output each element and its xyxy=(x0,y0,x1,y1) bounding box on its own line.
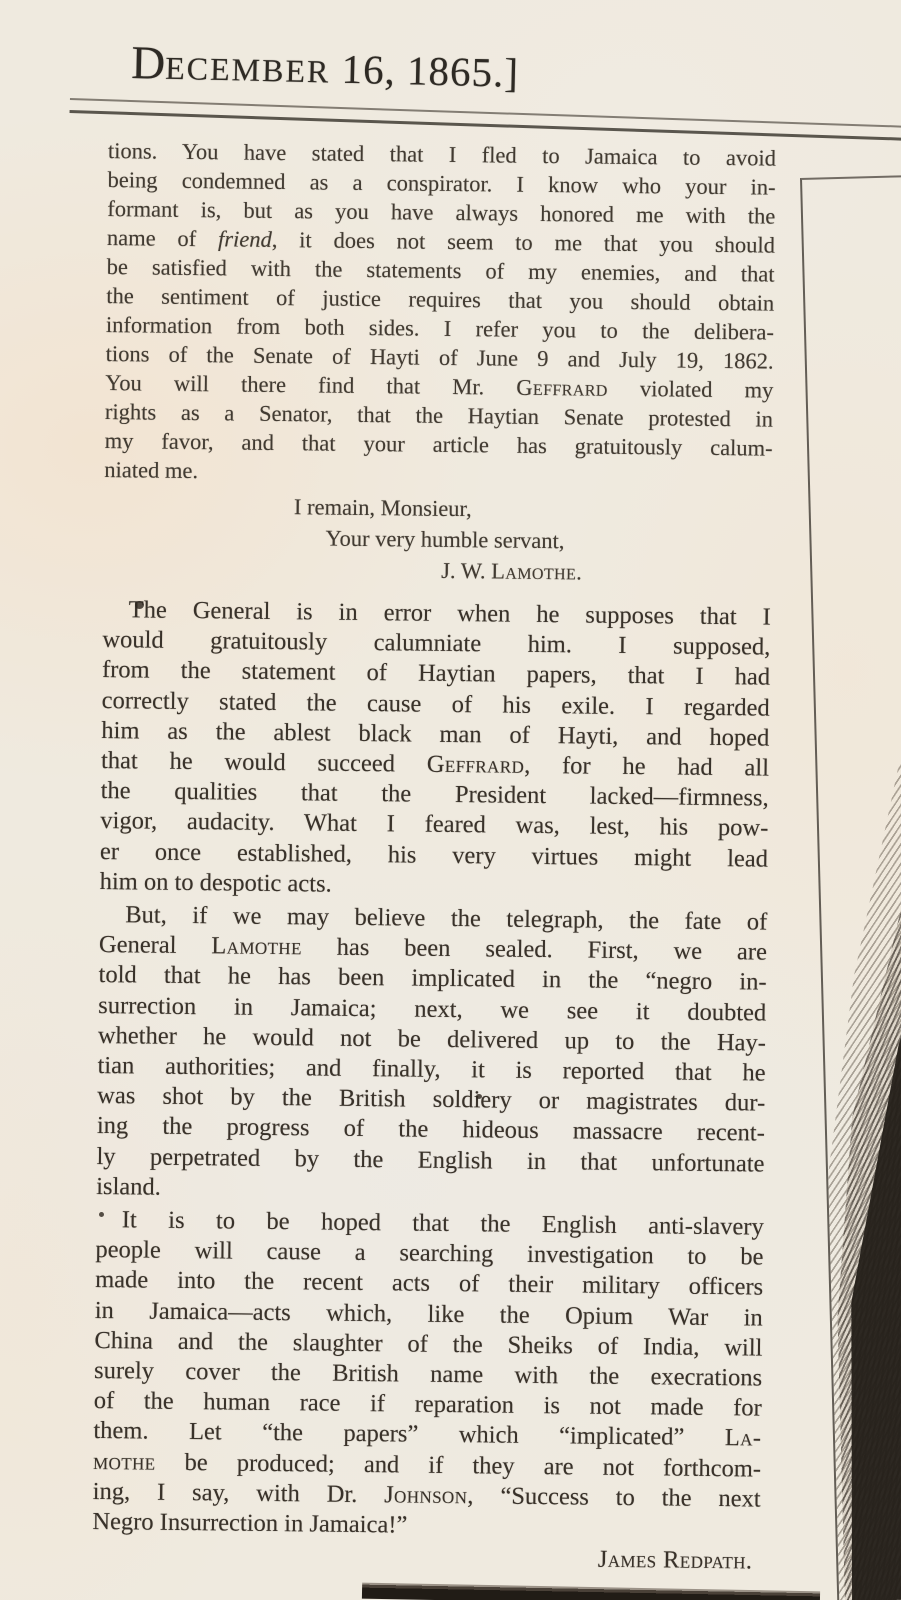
text-segment: , for he had all xyxy=(524,752,769,782)
text-segment: Your very humble servant, xyxy=(325,526,564,554)
text-column: tions. You have stated that I fled to Ja… xyxy=(92,136,776,1577)
text-segment: , “Success to the next xyxy=(467,1482,761,1512)
text-segment: You will there find that Mr. xyxy=(105,370,516,400)
text-segment: But, if we may believe the telegraph, th… xyxy=(125,901,767,935)
author-signature: James Redpath. xyxy=(92,1539,760,1577)
text-segment: niated me. xyxy=(104,457,198,483)
text-segment: ing the progress of the hideous massacre… xyxy=(97,1112,765,1147)
text-segment: violated my xyxy=(608,376,774,403)
text-segment: I remain, Monsieur, xyxy=(294,494,472,521)
text-segment: J. W. xyxy=(441,558,491,584)
letter-closing-line: Your very humble servant, xyxy=(325,523,771,559)
text-segment: General xyxy=(99,931,212,959)
ink-speck xyxy=(135,601,144,609)
smallcaps-name: La- xyxy=(725,1425,762,1452)
text-segment: It is to be hoped that the English anti-… xyxy=(122,1206,764,1240)
text-segment: er once established, his very virtues mi… xyxy=(100,838,768,873)
smallcaps-name: mothe xyxy=(93,1448,156,1476)
italic-text: friend xyxy=(218,226,272,252)
smallcaps-name: James Redpath xyxy=(598,1546,746,1575)
text-segment: told that he has been implicated in the … xyxy=(98,961,766,996)
text-segment: him on to despotic acts. xyxy=(100,868,332,898)
text-segment: has been sealed. First, we are xyxy=(302,934,767,966)
page-date-heading: DECEMBER 16, 1865.] xyxy=(131,36,520,99)
text-segment: be produced; and if they are not forthco… xyxy=(155,1448,761,1482)
smallcaps-name: Geffrard xyxy=(427,751,525,779)
text-segment: The General is in error when he supposes… xyxy=(129,596,771,630)
text-segment: them. Let “the papers” which “implicated… xyxy=(93,1417,725,1451)
date-initial: D xyxy=(131,37,166,90)
date-number: 16, 1865.] xyxy=(330,46,520,96)
ink-speck xyxy=(99,1212,104,1217)
date-month: ECEMBER xyxy=(165,50,331,90)
text-segment: my favor, and that your article has grat… xyxy=(105,428,773,461)
engraving-fragment xyxy=(800,174,901,1600)
text-segment: made into the recent acts of their milit… xyxy=(95,1266,763,1301)
ink-speck xyxy=(476,1094,482,1099)
smallcaps-name: Johnson xyxy=(384,1481,467,1509)
letter-signature: J. W. Lamothe. xyxy=(441,555,771,590)
text-segment: vigor, audacity. What I feared was, lest… xyxy=(100,807,768,842)
text-segment: ing, I say, with Dr. xyxy=(93,1478,385,1508)
smallcaps-name: Lamothe xyxy=(491,558,576,584)
text-segment: ly perpetrated by the English in that un… xyxy=(96,1143,764,1178)
text-segment: . xyxy=(576,559,582,584)
text-segment: in Jamaica—acts which, like the Opium Wa… xyxy=(95,1297,763,1332)
text-segment: . xyxy=(746,1548,752,1575)
text-segment: from the statement of Haytian papers, th… xyxy=(102,656,770,691)
next-engraving-top-edge xyxy=(362,1583,820,1600)
text-segment: that he would succeed xyxy=(101,747,427,778)
text-segment: Negro Insurrection in Jamaica!” xyxy=(92,1508,407,1539)
text-segment: name of xyxy=(107,225,218,251)
text-segment: island. xyxy=(96,1173,161,1201)
text-segment: correctly stated the cause of his exile.… xyxy=(102,687,770,722)
smallcaps-name: Lamothe xyxy=(211,933,302,961)
text-segment: surrection in Jamaica; next, we see it d… xyxy=(98,992,766,1027)
masthead-double-rule xyxy=(70,98,901,141)
text-segment: , it does not seem to me that you should xyxy=(272,227,775,258)
smallcaps-name: Geffrard xyxy=(516,375,608,401)
